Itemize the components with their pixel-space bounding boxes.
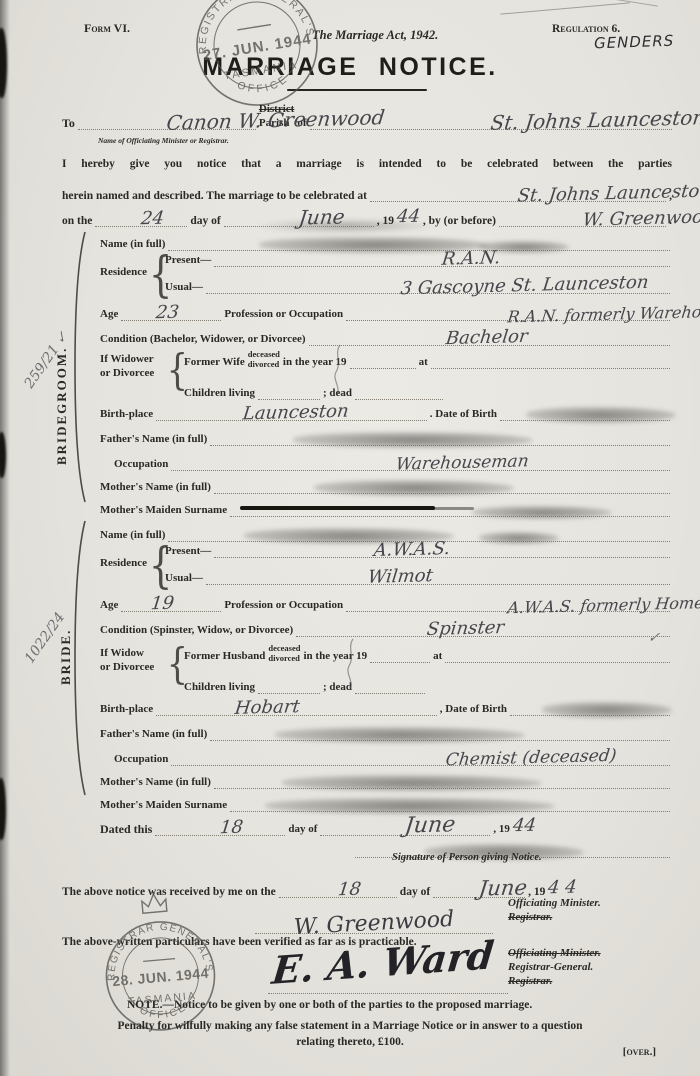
received-roles: Officiating Minister. Registrar.	[508, 896, 601, 924]
redaction-smudge	[282, 775, 542, 791]
if-widow-label: If Widow or Divorcee	[100, 646, 154, 674]
crown-icon	[141, 893, 166, 913]
usual-value: Wilmot	[367, 565, 434, 588]
maiden-surname-label: Mother's Maiden Surname	[100, 504, 227, 517]
present-value: A.W.A.S.	[372, 538, 451, 561]
dob-line	[510, 700, 670, 716]
dated-month-line: June	[320, 820, 490, 836]
mother-name-label: Mother's Name (in full)	[100, 776, 211, 789]
parish-line: St. Johns Launceston	[310, 114, 672, 130]
maiden-surname-line	[230, 796, 670, 812]
dated-row: Dated this 18 day of June , 19 44	[100, 816, 670, 836]
birthplace-label: Birth-place	[100, 408, 153, 421]
redaction-smudge	[314, 480, 514, 496]
at-label: at	[433, 650, 442, 663]
condition-line: Spinster	[296, 621, 670, 637]
usual-line: Wilmot	[206, 569, 670, 585]
redaction-smudge	[275, 727, 525, 743]
maiden-surname-label: Mother's Maiden Surname	[100, 799, 227, 812]
residence-label: Residence	[100, 266, 147, 279]
day-of-label: day of	[400, 886, 430, 898]
at-label: at	[419, 356, 428, 369]
to-label: To	[62, 116, 75, 130]
year-blank-line	[370, 647, 430, 663]
age-label: Age	[100, 599, 118, 612]
day-of-label: day of	[288, 823, 317, 836]
spacer	[428, 679, 670, 694]
bridegroom-section-brace	[72, 230, 86, 504]
bridegroom-mother-row: Mother's Name (in full)	[100, 476, 670, 494]
bridegroom-usual-row: Usual— 3 Gascoyne St. Launceston	[165, 276, 670, 294]
bride-present-row: Present— A.W.A.S.	[165, 540, 670, 558]
former-wife-row: Former Wife deceased divorced in the yea…	[184, 351, 670, 369]
condition-value: Spinster	[426, 617, 506, 640]
verification-roles: Officiating Minister. Registrar-General.…	[508, 946, 601, 988]
redaction-smudge	[542, 702, 672, 718]
divorced-label: divorced	[248, 359, 279, 369]
minister-name-caption: Name of Officiating Minister or Registra…	[98, 136, 229, 145]
role-officiating-minister: Officiating Minister.	[508, 896, 601, 910]
redaction-smudge	[293, 432, 533, 448]
father-name-line	[210, 430, 670, 446]
page-title: MARRIAGE NOTICE.	[0, 53, 700, 82]
usual-value: 3 Gascoyne St. Launceston	[399, 272, 649, 299]
profession-value: A.W.A.S. formerly Home duties	[507, 592, 700, 618]
children-dead-line	[355, 678, 425, 694]
bridegroom-condition-row: Condition (Bachelor, Widower, or Divorce…	[100, 328, 670, 346]
celebrated-at-line: St. Johns Launceston	[370, 186, 666, 202]
year-prefix: , 19	[493, 823, 510, 836]
day-line: 24	[95, 211, 187, 227]
profession-line: A.W.A.S. formerly Home duties	[346, 596, 670, 612]
dated-day-value: 18	[219, 817, 244, 839]
deceased-divorced-stack: deceased divorced	[248, 350, 280, 369]
officiant-line: W. Greenwood	[499, 211, 666, 227]
over-label: [over.]	[623, 1046, 656, 1059]
celebrated-at-value: St. Johns Launceston	[517, 180, 700, 206]
spacer	[446, 385, 670, 400]
occupation-line: Warehouseman	[171, 455, 670, 471]
deceased-divorced-stack: deceased divorced	[268, 644, 300, 663]
birthplace-line: Hobart	[156, 700, 437, 716]
bride-condition-row: Condition (Spinster, Widow, or Divorcee)…	[100, 619, 670, 637]
signature-caption: Signature of Person giving Notice.	[392, 852, 542, 863]
role-registrar-general: Registrar-General.	[508, 960, 601, 974]
children-living-label: Children living	[184, 387, 255, 400]
occupation-label: Occupation	[100, 458, 168, 471]
occupation-line: Chemist (deceased)	[171, 750, 670, 766]
birthplace-label: Birth-place	[100, 703, 153, 716]
ward-signature-line-row	[268, 984, 508, 994]
intro-line1: I hereby give you notice that a marriage…	[62, 158, 672, 170]
stamp-date: 28. JUN. 1944	[112, 965, 210, 989]
greenwood-signature-row: W. Greenwood	[255, 916, 493, 934]
bride-mother-row: Mother's Name (in full)	[100, 771, 670, 789]
penalty-line1: Penalty for wilfully making any false st…	[40, 1020, 660, 1032]
at-blank-line	[431, 353, 670, 369]
dob-label: , Date of Birth	[440, 703, 507, 716]
role-officiating-minister: Officiating Minister.	[508, 946, 601, 960]
scan-edge-shadow	[0, 0, 10, 1076]
former-husband-label: Former Husband	[184, 650, 265, 663]
present-line: A.W.A.S.	[214, 542, 670, 558]
father-occupation-value: Warehouseman	[394, 451, 529, 474]
father-occupation-value: Chemist (deceased)	[444, 746, 617, 770]
if-widower-line1: If Widower	[100, 353, 154, 365]
officiant-value: W. Greenwood	[581, 206, 700, 230]
year-blank-line	[350, 353, 416, 369]
dated-this-label: Dated this	[100, 822, 152, 836]
bride-birthplace-row: Birth-place Hobart , Date of Birth	[100, 698, 670, 716]
children-living-label: Children living	[184, 681, 255, 694]
dated-day-line: 18	[155, 820, 285, 836]
mother-name-label: Mother's Name (in full)	[100, 481, 211, 494]
redaction-smudge	[472, 506, 612, 519]
parish-value: St. Johns Launceston	[489, 105, 700, 135]
month-line: June	[224, 211, 374, 227]
present-label: Present—	[165, 254, 211, 267]
bridegroom-birthplace-row: Birth-place Launceston . Date of Birth	[100, 403, 670, 421]
bridegroom-age-row: Age 23 Profession or Occupation R.A.N. f…	[100, 303, 670, 321]
redaction-smudge	[526, 407, 676, 423]
redaction-bar	[240, 506, 435, 510]
condition-value: Bachelor	[445, 326, 529, 349]
day-value: 24	[140, 208, 165, 230]
dated-year-value: 44	[512, 815, 537, 837]
role-registrar: Registrar.	[508, 974, 601, 988]
pencil-squiggle	[345, 638, 357, 692]
bride-section-brace	[72, 519, 86, 797]
received-day-value: 18	[337, 879, 362, 901]
marriage-notice-document: Form VI. The Marriage Act, 1942. Regulat…	[0, 0, 700, 1076]
present-value: R.A.N.	[441, 247, 502, 270]
condition-label: Condition (Bachelor, Widower, or Divorce…	[100, 333, 306, 346]
birthplace-value: Launceston	[241, 401, 349, 425]
age-value: 23	[155, 302, 180, 324]
profession-label: Profession or Occupation	[224, 599, 343, 612]
month-value: June	[297, 204, 346, 229]
bride-maiden-row: Mother's Maiden Surname	[100, 794, 670, 812]
day-of-label: day of	[190, 215, 220, 227]
usual-label: Usual—	[165, 572, 203, 585]
genders-annotation: GENDERS	[594, 32, 675, 53]
intro-line3: on the 24 day of June , 19 44 , by (or b…	[62, 207, 672, 227]
intro-line2-text: herein named and described. The marriage…	[62, 190, 367, 202]
profession-value: R.A.N. formerly Warehouseman	[507, 301, 700, 327]
pencil-squiggle	[332, 344, 344, 398]
age-value: 19	[150, 593, 175, 615]
bridegroom-father-row: Father's Name (in full)	[100, 428, 670, 446]
children-living-line	[258, 678, 320, 694]
children-row: Children living ; dead	[184, 382, 670, 400]
age-line: 19	[121, 596, 221, 612]
intro-line2: herein named and described. The marriage…	[62, 182, 672, 202]
pencil-stroke	[500, 2, 630, 14]
usual-label: Usual—	[165, 281, 203, 294]
children-dead-line	[355, 384, 443, 400]
redaction-bar-tail	[432, 507, 474, 510]
profession-line: R.A.N. formerly Warehouseman	[346, 305, 670, 321]
by-label: , by (or before)	[423, 215, 496, 227]
children-living-line	[258, 384, 320, 400]
present-label: Present—	[165, 545, 211, 558]
redaction-smudge	[265, 798, 555, 814]
mother-name-line	[214, 478, 670, 494]
bride-father-row: Father's Name (in full)	[100, 723, 670, 741]
residence-label: Residence	[100, 557, 147, 570]
greenwood-signature-line: W. Greenwood	[255, 918, 493, 934]
note-line: NOTE.—Notice to be given by one or both …	[127, 999, 532, 1011]
children-row: Children living ; dead	[184, 676, 670, 694]
dated-month-value: June	[404, 812, 457, 838]
bridegroom-present-row: Present— R.A.N.	[165, 249, 670, 267]
in-year-label: in the year 19	[304, 650, 368, 663]
year-prefix: , 19	[377, 215, 394, 227]
form-number: Form VI.	[84, 21, 130, 35]
received-day-line: 18	[279, 882, 397, 898]
bride-usual-row: Usual— Wilmot	[165, 567, 670, 585]
year-value: 44	[396, 206, 421, 228]
if-widow-line2: or Divorcee	[100, 661, 154, 673]
occupation-label: Occupation	[100, 753, 168, 766]
age-line: 23	[121, 305, 221, 321]
addressee-row: To Canon W. Greenwood District Parish of…	[62, 108, 672, 130]
spacer	[539, 821, 670, 836]
bride-father-occupation-row: Occupation Chemist (deceased)	[100, 748, 670, 766]
father-name-label: Father's Name (in full)	[100, 728, 207, 741]
if-widow-line1: If Widow	[100, 647, 144, 659]
if-widower-line2: or Divorcee	[100, 367, 154, 379]
minister-name-line: Canon W. Greenwood	[78, 114, 256, 130]
father-name-label: Father's Name (in full)	[100, 433, 207, 446]
registrar-date-stamp-bottom: REGISTRAR GENERAL'S OFFICE 28. JUN. 1944…	[75, 882, 244, 1060]
role-registrar: Registrar.	[508, 910, 601, 924]
bridegroom-father-occupation-row: Occupation Warehouseman	[100, 453, 670, 471]
bride-age-row: Age 19 Profession or Occupation A.W.A.S.…	[100, 594, 670, 612]
dob-label: . Date of Birth	[430, 408, 497, 421]
birthplace-value: Hobart	[233, 696, 300, 719]
usual-line: 3 Gascoyne St. Launceston	[206, 278, 670, 294]
present-line: R.A.N.	[214, 251, 670, 267]
birthplace-line: Launceston	[156, 405, 427, 421]
dob-line	[500, 405, 670, 421]
former-wife-label: Former Wife	[184, 356, 245, 369]
mother-name-line	[214, 773, 670, 789]
profession-label: Profession or Occupation	[224, 308, 343, 321]
condition-label: Condition (Spinster, Widow, or Divorcee)	[100, 624, 293, 637]
on-the-label: on the	[62, 215, 92, 227]
age-label: Age	[100, 308, 118, 321]
if-widower-label: If Widower or Divorcee	[100, 352, 154, 380]
condition-line: Bachelor	[309, 330, 670, 346]
former-husband-row: Former Husband deceased divorced in the …	[184, 645, 670, 663]
at-blank-line	[445, 647, 670, 663]
father-name-line	[210, 725, 670, 741]
divorced-label: divorced	[268, 653, 299, 663]
ward-signature-line	[268, 978, 508, 994]
penalty-line2: relating thereto, £100.	[40, 1036, 660, 1048]
